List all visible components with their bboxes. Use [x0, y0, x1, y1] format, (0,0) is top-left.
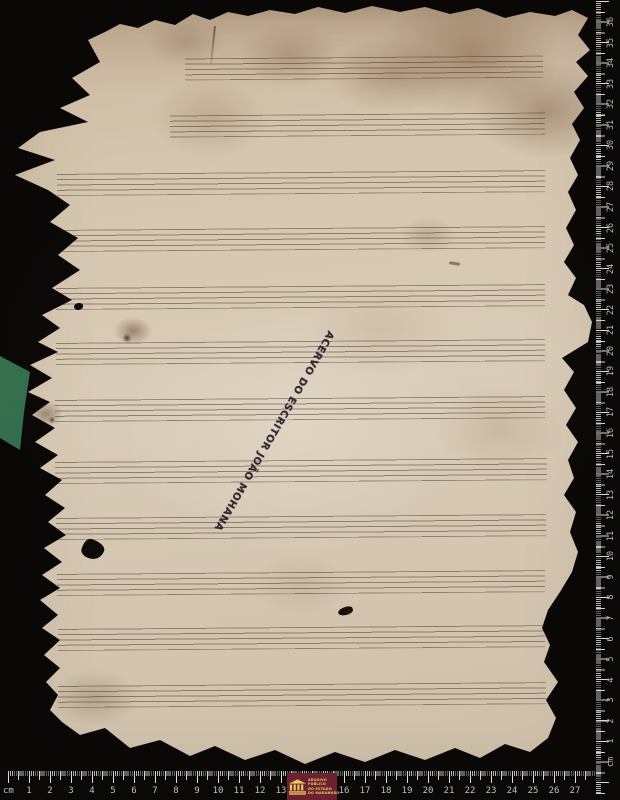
ruler-number: 21: [606, 322, 616, 338]
staff-line-group: [170, 113, 545, 138]
ruler-number: 34: [606, 55, 616, 71]
ruler-unit-label: cm: [3, 786, 14, 796]
ruler-number: 33: [606, 76, 616, 92]
ruler-number: 19: [402, 786, 413, 796]
ruler-number: 3: [606, 692, 616, 708]
ruler-number: 23: [606, 281, 616, 297]
ruler-number: 32: [606, 96, 616, 112]
staff-line-group: [57, 226, 545, 252]
ruler-number: 27: [606, 199, 616, 215]
ruler-number: 4: [89, 786, 94, 796]
ruler-number: 12: [255, 786, 266, 796]
ruler-mm-ticks: [596, 1, 601, 793]
ruler-number: 10: [213, 786, 224, 796]
logo-line: DO MARANHÃO: [308, 791, 340, 795]
ruler-number: 1: [26, 786, 31, 796]
ruler-number: 4: [606, 672, 616, 688]
ruler-number: 2: [47, 786, 52, 796]
staff-line-group: [58, 625, 545, 651]
ruler-number: 22: [606, 302, 616, 318]
ruler-number: 27: [570, 786, 581, 796]
ruler-number: 25: [528, 786, 539, 796]
staff-line-group: [57, 570, 545, 596]
ruler-number: 1: [606, 733, 616, 749]
ruler-number: 18: [606, 384, 616, 400]
ruler-number: 26: [606, 220, 616, 236]
staff-line-group: [185, 56, 543, 81]
paper-hole: [337, 605, 353, 616]
staff-line-group: [58, 682, 546, 708]
ruler-number: 8: [606, 589, 616, 605]
ruler-number: 20: [423, 786, 434, 796]
ruler-number: 5: [110, 786, 115, 796]
ruler-number: 17: [360, 786, 371, 796]
staff-line-group: [55, 458, 547, 484]
ruler-number: 21: [444, 786, 455, 796]
ruler-unit-label: cm: [606, 754, 616, 770]
staff-line-group: [56, 339, 545, 365]
ruler-number: 26: [549, 786, 560, 796]
ruler-number: 6: [606, 631, 616, 647]
ruler-number: 10: [606, 548, 616, 564]
staff-line-group: [55, 396, 545, 422]
ruler-number: 13: [276, 786, 287, 796]
ink-speck: [449, 261, 460, 266]
ruler-number: 18: [381, 786, 392, 796]
ruler-number: 35: [606, 35, 616, 51]
ruler-number: 7: [606, 610, 616, 626]
archive-logo-text: ARQUIVO PÚBLICO DO ESTADO DO MARANHÃO: [308, 778, 340, 795]
sheet-music-paper: ACERVO DO ESCRITOR JOÃO MOHANA: [0, 0, 620, 800]
ruler-number: 7: [152, 786, 157, 796]
ruler-number: 11: [234, 786, 245, 796]
ruler-number: 2: [606, 713, 616, 729]
ruler-number: 15: [606, 446, 616, 462]
ruler-number: 16: [339, 786, 350, 796]
staff-line-group: [57, 170, 545, 196]
archive-stamp: ACERVO DO ESCRITOR JOÃO MOHANA: [216, 337, 332, 524]
ruler-number: 13: [606, 487, 616, 503]
ruler-number: 29: [606, 158, 616, 174]
ruler-number: 36: [606, 14, 616, 30]
paper-hole: [80, 537, 107, 562]
ruler-number: 11: [606, 528, 616, 544]
ruler-number: 8: [173, 786, 178, 796]
ruler-number: 19: [606, 363, 616, 379]
archive-photo-scene: ACERVO DO ESCRITOR JOÃO MOHANA 363534333…: [0, 0, 620, 800]
ruler-right: 3635343332313029282726252423222120191817…: [594, 0, 620, 800]
ruler-number: 12: [606, 507, 616, 523]
archive-logo: ARQUIVO PÚBLICO DO ESTADO DO MARANHÃO: [287, 773, 337, 800]
ruler-bottom: cm 1234567891011121314151617181920212223…: [0, 769, 596, 800]
ruler-number: 28: [606, 178, 616, 194]
ruler-number: 9: [194, 786, 199, 796]
staff-line-group: [56, 514, 546, 540]
ruler-number: 24: [507, 786, 518, 796]
ruler-number: 24: [606, 261, 616, 277]
ruler-number: 23: [486, 786, 497, 796]
ruler-number: 22: [465, 786, 476, 796]
staff-line-group: [56, 284, 545, 310]
ruler-number: 31: [606, 117, 616, 133]
ruler-number: 9: [606, 569, 616, 585]
ruler-number: 14: [606, 466, 616, 482]
ruler-number: 3: [68, 786, 73, 796]
ruler-number: 6: [131, 786, 136, 796]
ruler-number: 20: [606, 343, 616, 359]
ruler-number: 5: [606, 651, 616, 667]
ruler-number: 30: [606, 137, 616, 153]
ruler-number: 16: [606, 425, 616, 441]
ruler-number: 25: [606, 240, 616, 256]
archive-building-icon: [289, 779, 306, 795]
ruler-number: 17: [606, 404, 616, 420]
